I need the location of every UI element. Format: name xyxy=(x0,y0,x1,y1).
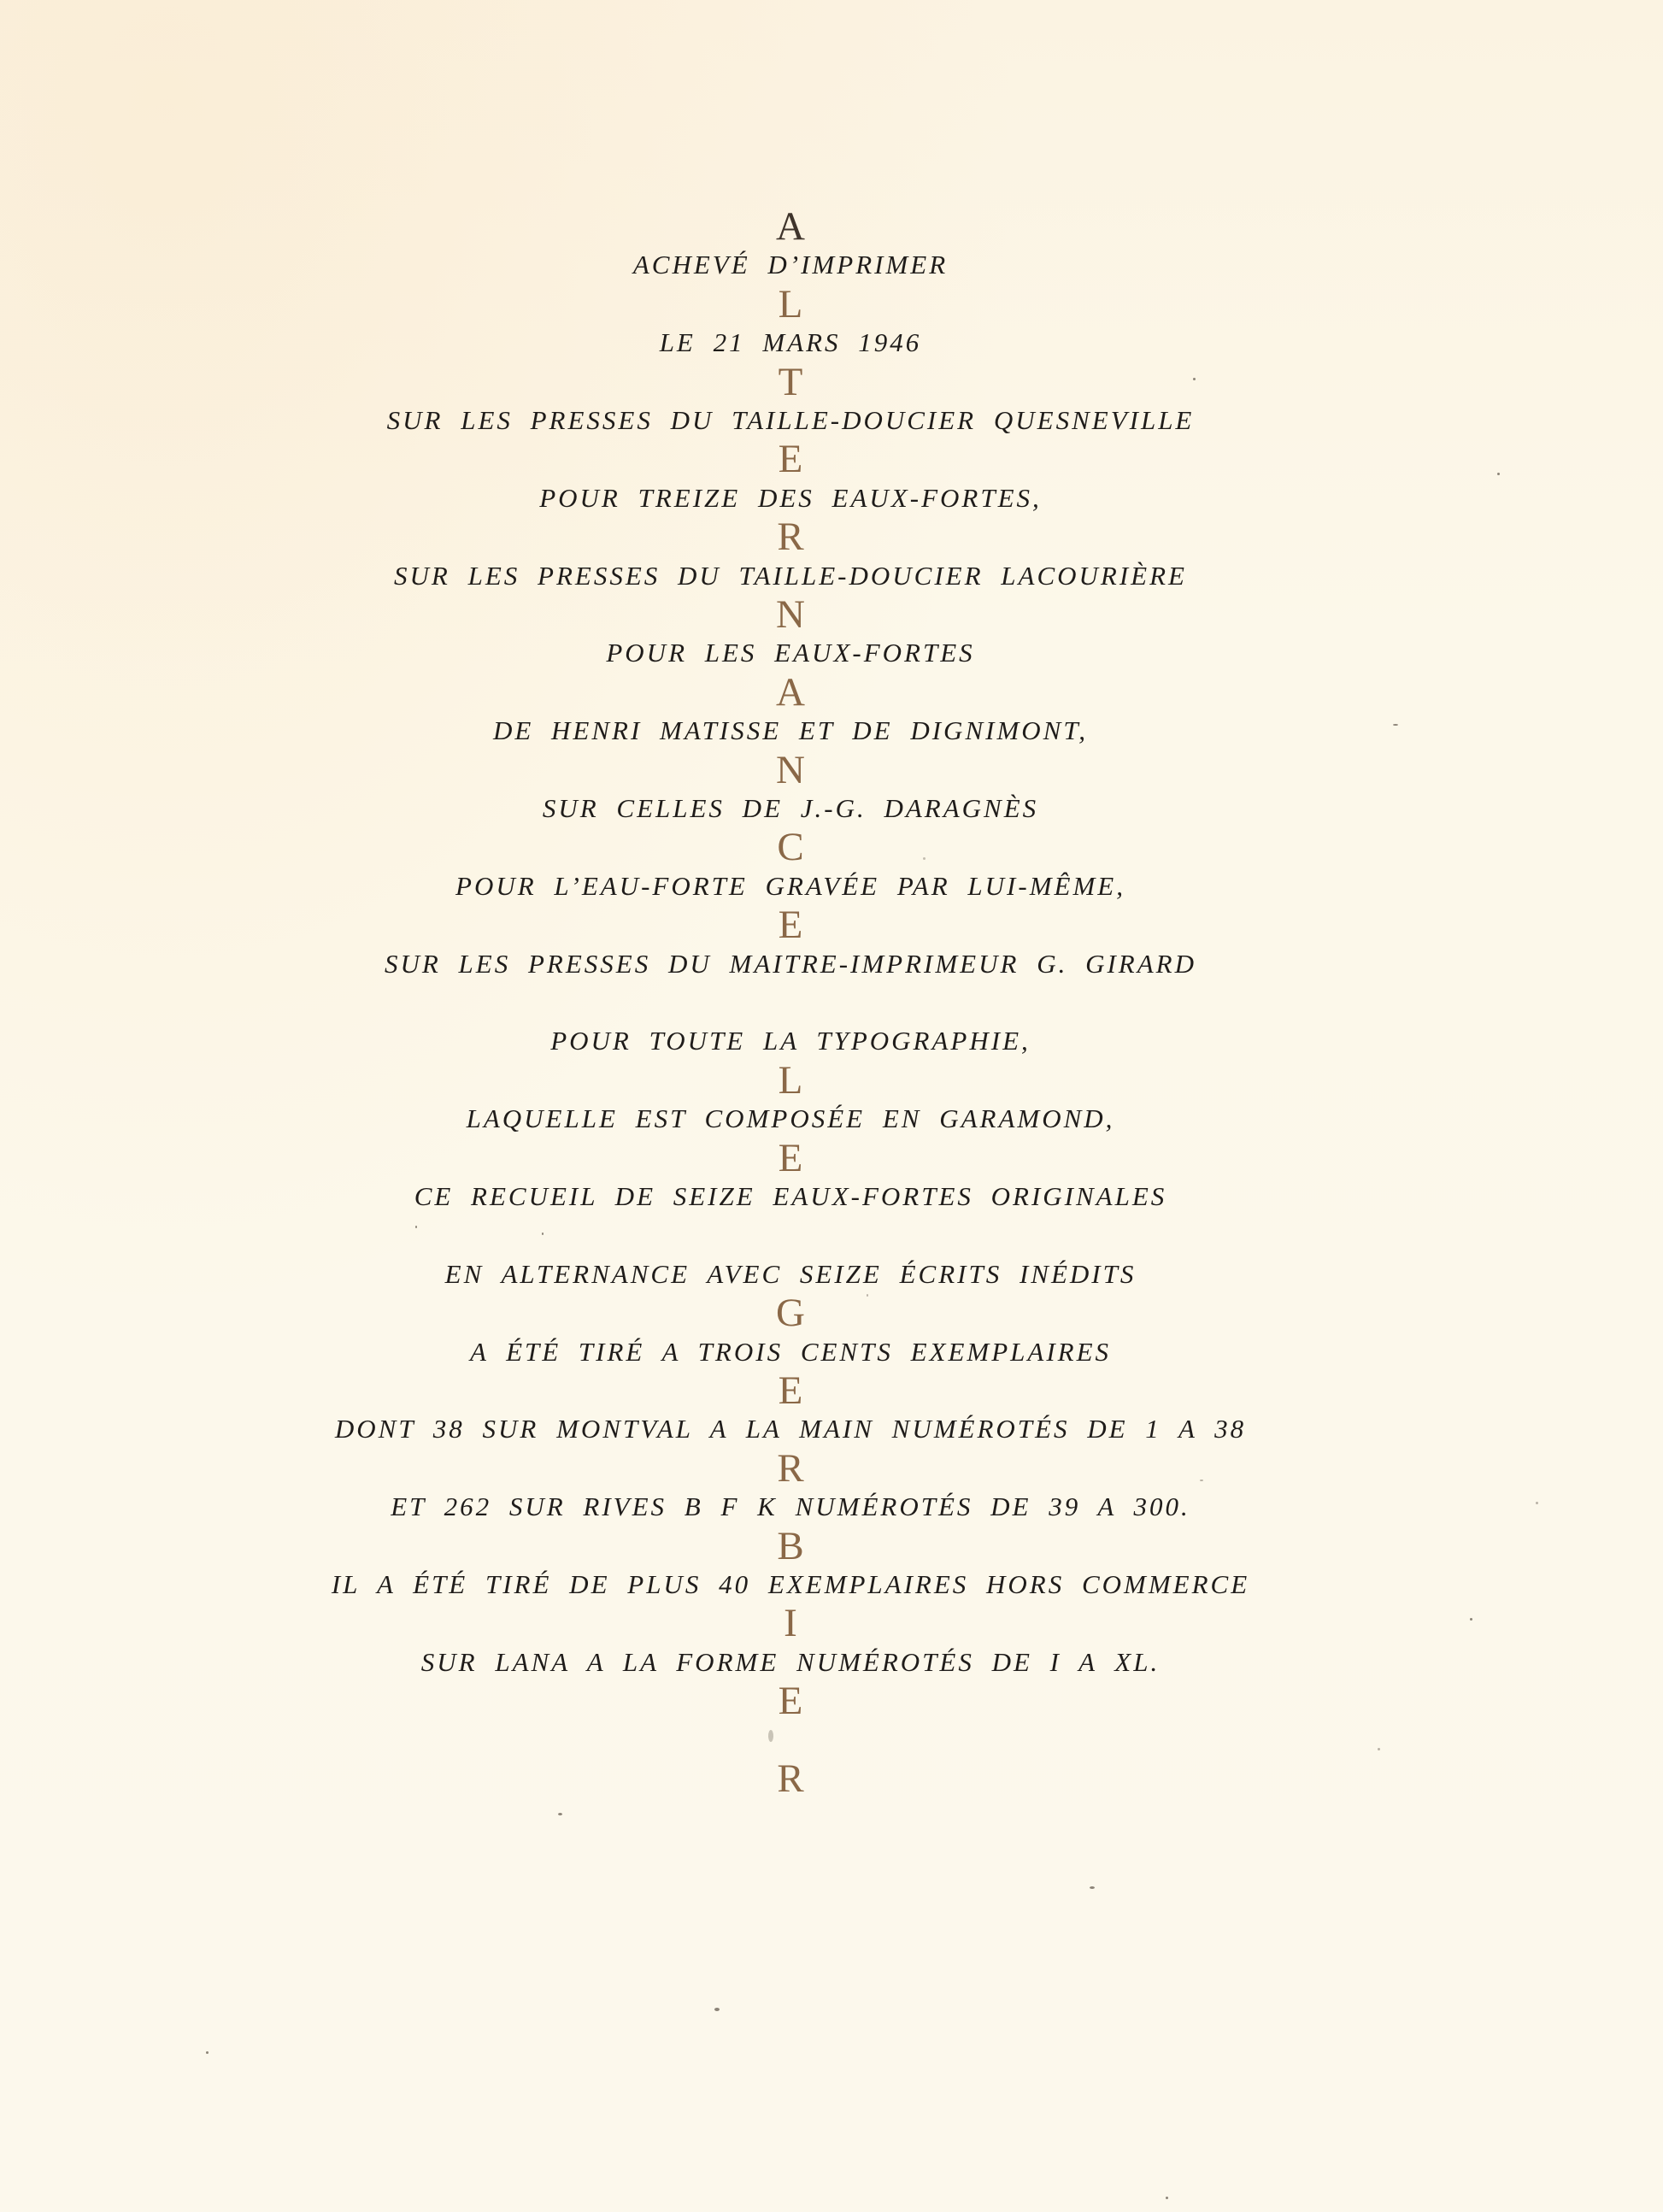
paper-speck xyxy=(768,1730,773,1742)
colophon-line: EN ALTERNANCE AVEC SEIZE ÉCRITS INÉDITS xyxy=(0,1255,1581,1294)
paper-speck xyxy=(1497,473,1500,475)
paper-speck xyxy=(1090,1886,1095,1889)
acrostic-letter: E xyxy=(0,439,1581,479)
acrostic-letter: E xyxy=(0,1371,1581,1410)
paper-speck xyxy=(1193,378,1196,380)
colophon-line: SUR LES PRESSES DU MAITRE-IMPRIMEUR G. G… xyxy=(0,944,1581,984)
colophon-line: SUR LES PRESSES DU TAILLE-DOUCIER LACOUR… xyxy=(0,556,1581,596)
acrostic-letter: E xyxy=(0,1681,1581,1721)
paper-speck xyxy=(923,857,926,860)
acrostic-letter: A xyxy=(0,673,1581,712)
acrostic-letter: R xyxy=(0,517,1581,556)
colophon-line: LE 21 MARS 1946 xyxy=(0,323,1581,362)
acrostic-letter: R xyxy=(0,1449,1581,1488)
acrostic-letter: E xyxy=(0,1138,1581,1178)
acrostic-letter: G xyxy=(0,1293,1581,1332)
colophon-line: POUR LES EAUX-FORTES xyxy=(0,633,1581,673)
colophon-line: DONT 38 SUR MONTVAL A LA MAIN NUMÉROTÉS … xyxy=(0,1409,1581,1449)
acrostic-letter: C xyxy=(0,827,1581,867)
acrostic-letter: I xyxy=(0,1603,1581,1643)
acrostic-letter: L xyxy=(0,285,1581,324)
colophon-line-blank xyxy=(0,1721,1581,1760)
colophon-line: SUR LANA A LA FORME NUMÉROTÉS DE I A XL. xyxy=(0,1643,1581,1682)
colophon-line: ET 262 SUR RIVES B F K NUMÉROTÉS DE 39 A… xyxy=(0,1487,1581,1527)
acrostic-letter: B xyxy=(0,1527,1581,1566)
colophon-page: A ACHEVÉ D’IMPRIMER L LE 21 MARS 1946 T … xyxy=(0,0,1663,2212)
paper-speck xyxy=(1393,724,1398,726)
acrostic-letter: A xyxy=(0,207,1581,246)
acrostic-letter: L xyxy=(0,1061,1581,1100)
paper-speck xyxy=(1166,2197,1168,2199)
colophon-line: SUR LES PRESSES DU TAILLE-DOUCIER QUESNE… xyxy=(0,401,1581,440)
paper-speck xyxy=(1536,1502,1538,1504)
acrostic-letter-blank xyxy=(0,1215,1581,1255)
colophon-line: POUR TOUTE LA TYPOGRAPHIE, xyxy=(0,1021,1581,1061)
paper-speck xyxy=(867,1294,868,1297)
colophon-line: ACHEVÉ D’IMPRIMER xyxy=(0,245,1581,285)
paper-speck xyxy=(714,2008,720,2011)
colophon-line: A ÉTÉ TIRÉ A TROIS CENTS EXEMPLAIRES xyxy=(0,1332,1581,1372)
paper-speck xyxy=(206,2051,209,2054)
colophon-line: POUR TREIZE DES EAUX-FORTES, xyxy=(0,479,1581,518)
colophon-line: DE HENRI MATISSE ET DE DIGNIMONT, xyxy=(0,711,1581,750)
acrostic-letter: T xyxy=(0,362,1581,402)
colophon-line: IL A ÉTÉ TIRÉ DE PLUS 40 EXEMPLAIRES HOR… xyxy=(0,1565,1581,1604)
acrostic-letter: R xyxy=(0,1759,1581,1798)
colophon-line: POUR L’EAU-FORTE GRAVÉE PAR LUI-MÊME, xyxy=(0,867,1581,906)
colophon-line: LAQUELLE EST COMPOSÉE EN GARAMOND, xyxy=(0,1099,1581,1138)
paper-speck xyxy=(415,1226,417,1228)
paper-speck xyxy=(1470,1618,1472,1621)
acrostic-letter-blank xyxy=(0,983,1581,1022)
acrostic-letter: E xyxy=(0,905,1581,944)
colophon-line: SUR CELLES DE J.-G. DARAGNÈS xyxy=(0,789,1581,828)
colophon-line: CE RECUEIL DE SEIZE EAUX-FORTES ORIGINAL… xyxy=(0,1177,1581,1216)
paper-speck xyxy=(542,1232,544,1235)
paper-speck xyxy=(1378,1748,1380,1750)
acrostic-letter: N xyxy=(0,750,1581,790)
paper-speck xyxy=(558,1813,562,1815)
paper-speck xyxy=(1200,1480,1203,1481)
acrostic-letter: N xyxy=(0,595,1581,634)
